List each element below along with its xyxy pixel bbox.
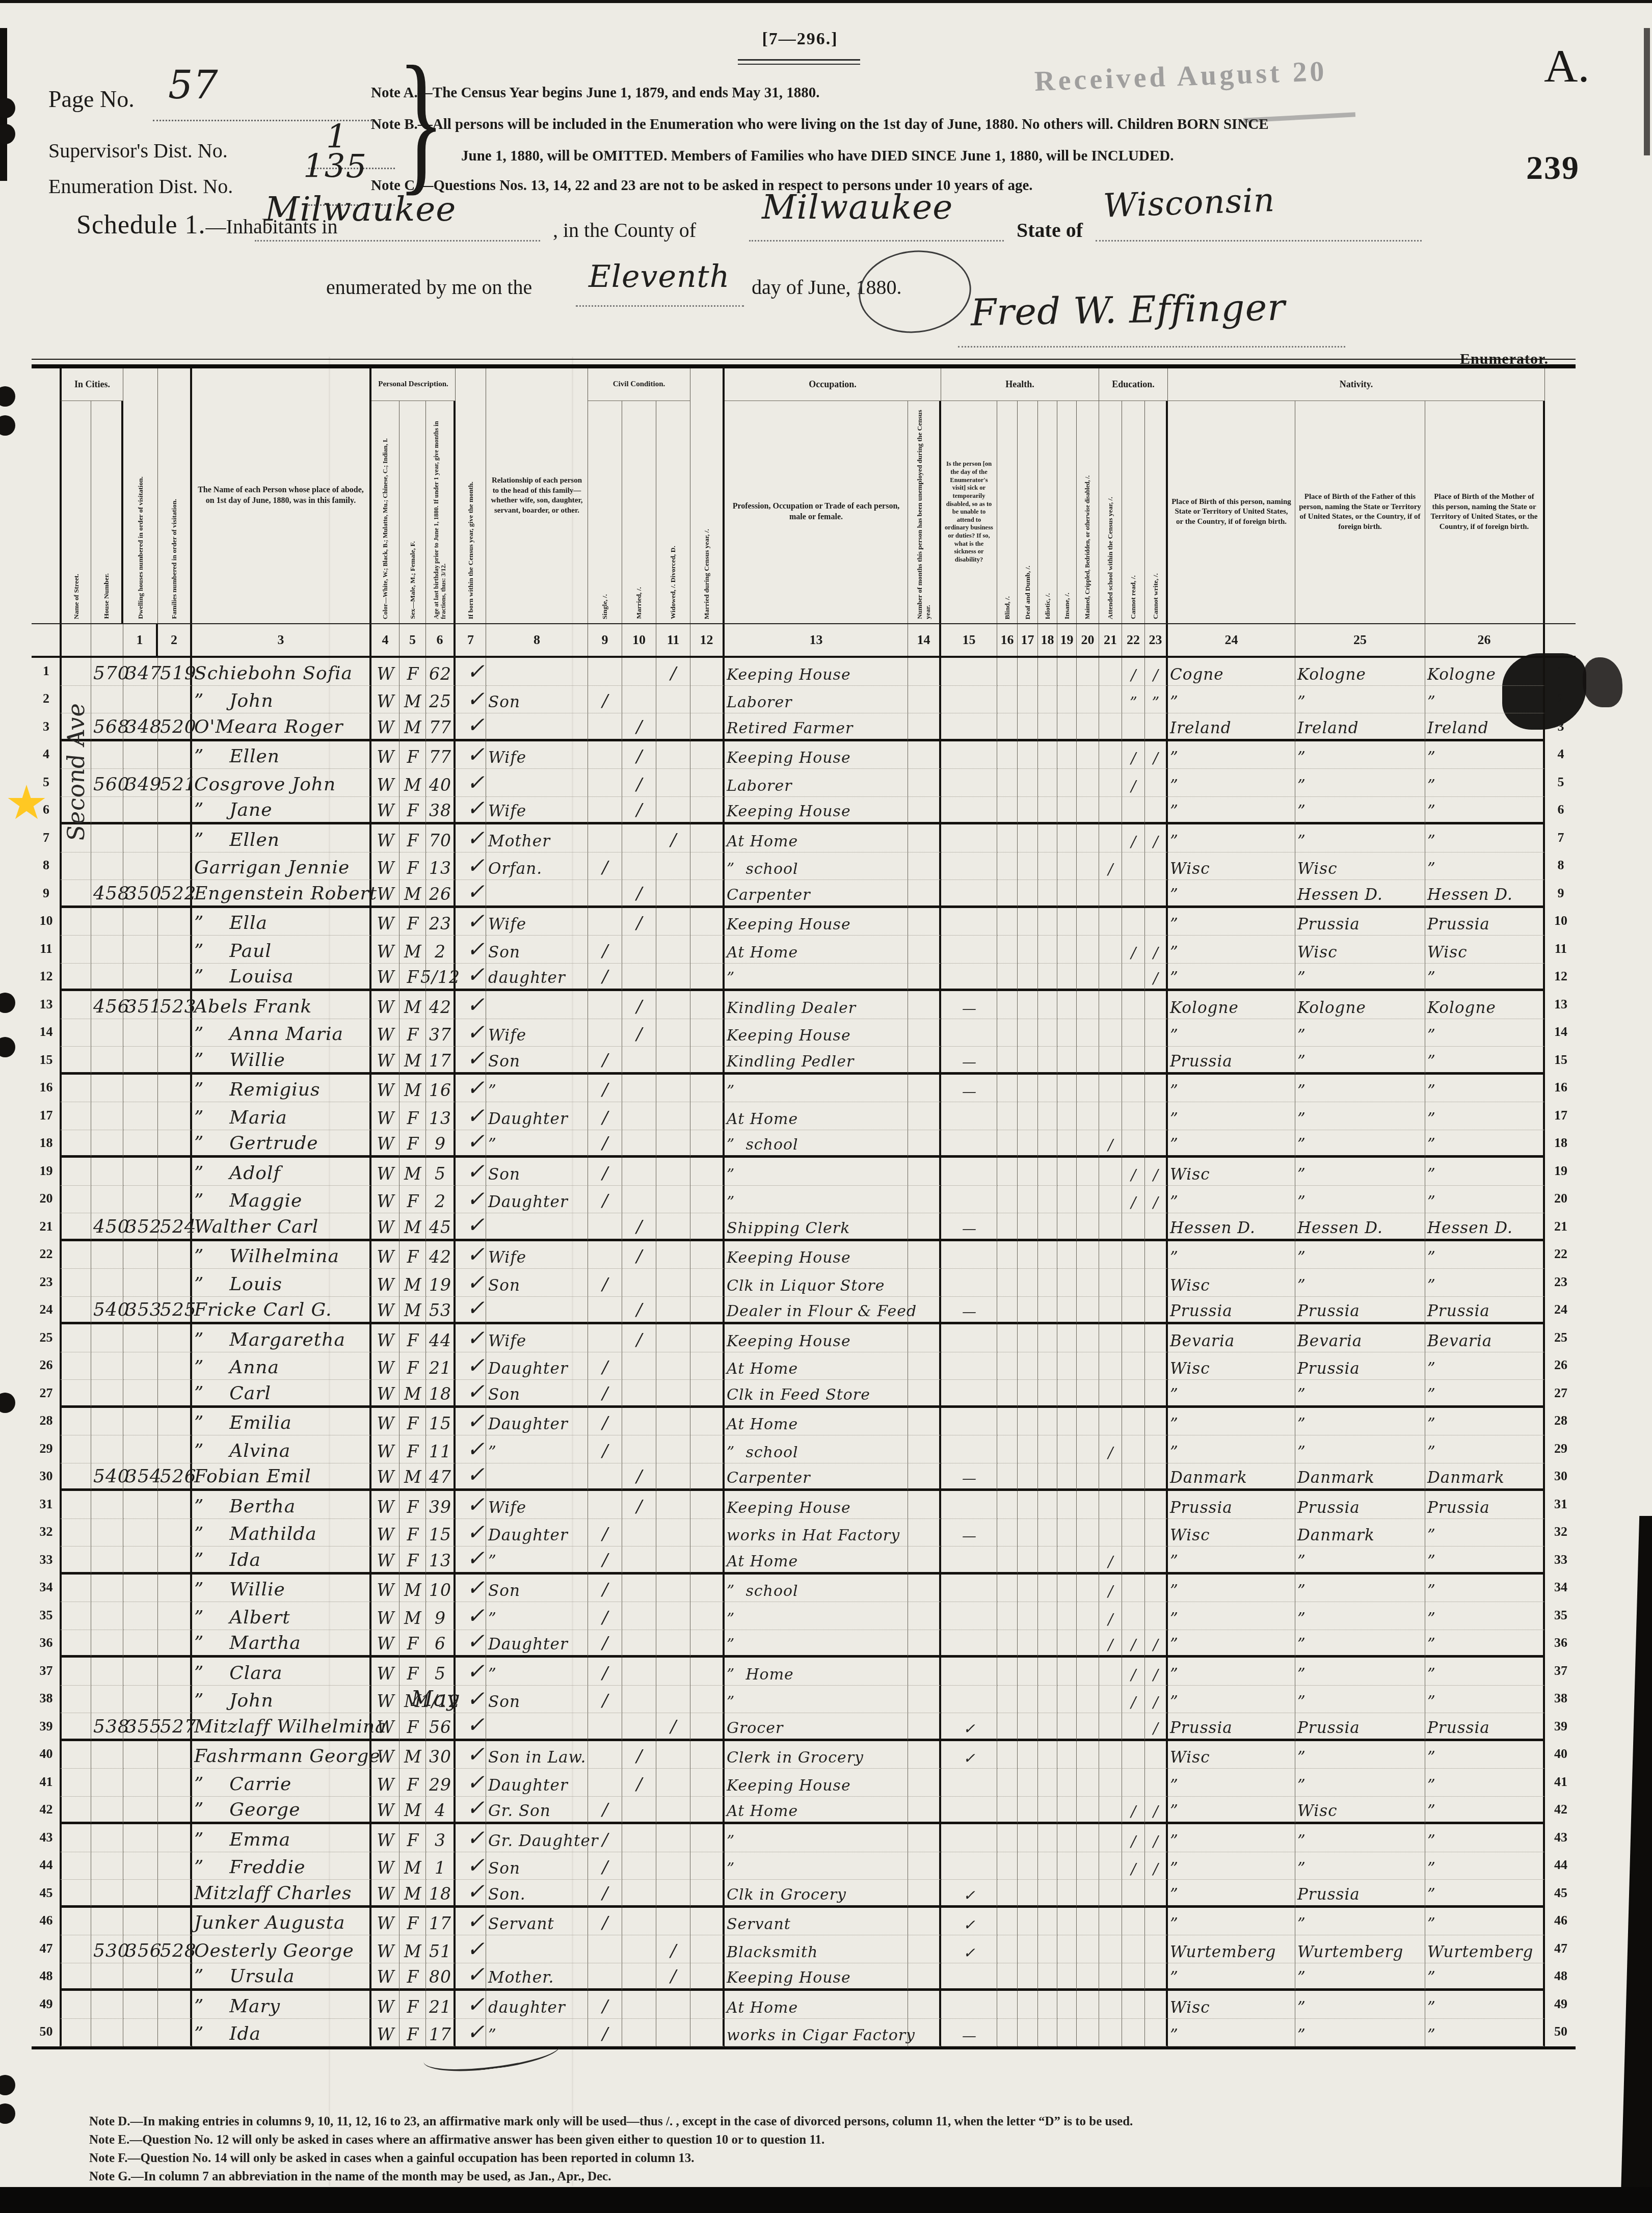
cell-sk-row36	[941, 1630, 997, 1658]
cell-mo-row26: ✓	[456, 1352, 486, 1380]
cell-nm-row16: ” Remigius	[192, 1075, 371, 1103]
cell-n19-row17	[1057, 1102, 1077, 1130]
cell-i18-row46	[1038, 1908, 1057, 1936]
cell-n-row32: 32	[32, 1519, 60, 1547]
cell-p2-row35: ”	[1295, 1602, 1425, 1630]
cell-cw-row32	[1145, 1519, 1168, 1547]
cell-my-row33	[690, 1547, 725, 1575]
cell-m10-row29	[622, 1435, 656, 1463]
cell-s9-row46: /	[588, 1908, 622, 1936]
cell-p3-row29: ”	[1425, 1435, 1545, 1463]
cell-sc-row35: /	[1099, 1602, 1122, 1630]
cell-nr-row8: 8	[1545, 852, 1576, 881]
cell-m20-row2	[1077, 686, 1099, 714]
cell-un-row50	[908, 2019, 941, 2047]
cell-st-row37	[60, 1658, 91, 1686]
cell-fm-row22	[158, 1241, 192, 1269]
cell-sc-row36: /	[1099, 1630, 1122, 1658]
cell-m10-row28	[622, 1408, 656, 1436]
cell-rl-row28: Daughter	[486, 1408, 588, 1436]
cell-rl-row33: ”	[486, 1547, 588, 1575]
cell-cr-row2: ”	[1122, 686, 1145, 714]
cell-m20-row50	[1077, 2019, 1099, 2047]
cell-fm-row34	[158, 1575, 192, 1603]
cell-mo-row46: ✓	[456, 1908, 486, 1936]
cell-p2-row16: ”	[1295, 1075, 1425, 1103]
cell-oc-row29: ” school	[725, 1435, 908, 1463]
cell-s9-row18: /	[588, 1130, 622, 1158]
cell-w11-row32	[656, 1519, 690, 1547]
cell-cr-row30	[1122, 1463, 1145, 1491]
cell-i18-row1	[1038, 658, 1057, 686]
cell-i18-row40	[1038, 1741, 1057, 1769]
cell-w11-row5	[656, 769, 690, 797]
cell-ho-row18	[91, 1130, 123, 1158]
cell-c-row28: W	[371, 1408, 399, 1436]
column-number-ho	[91, 624, 123, 656]
cell-nr-row26: 26	[1545, 1352, 1576, 1380]
cell-oc-row5: Laborer	[725, 769, 908, 797]
cell-cr-row49	[1122, 1991, 1145, 2019]
cell-dw-row17	[123, 1102, 158, 1130]
cell-d17-row3	[1018, 713, 1038, 741]
cell-p1-row33: ”	[1168, 1547, 1295, 1575]
cell-c-row22: W	[371, 1241, 399, 1269]
cell-d17-row19	[1018, 1158, 1038, 1186]
cell-mo-row43: ✓	[456, 1824, 486, 1852]
cell-b16-row20	[997, 1186, 1018, 1214]
cell-rl-row21	[486, 1213, 588, 1241]
cell-n19-row10	[1057, 908, 1077, 936]
cell-p3-row41: ”	[1425, 1769, 1545, 1797]
cell-mo-row34: ✓	[456, 1575, 486, 1603]
cell-d17-row1	[1018, 658, 1038, 686]
cell-w11-row2	[656, 686, 690, 714]
cell-rl-row31: Wife	[486, 1491, 588, 1519]
cell-oc-row34: ” school	[725, 1575, 908, 1603]
cell-n19-row47	[1057, 1935, 1077, 1963]
cell-sx-row4: F	[399, 741, 426, 769]
column-number-mo: 7	[456, 624, 486, 656]
cell-cr-row45	[1122, 1880, 1145, 1908]
cell-p1-row47: Wurtemberg	[1168, 1935, 1295, 1963]
cell-mo-row1: ✓	[456, 658, 486, 686]
cell-p3-row50: ”	[1425, 2019, 1545, 2047]
cell-m20-row17	[1077, 1102, 1099, 1130]
cell-dw-row38	[123, 1686, 158, 1714]
column-number-dw: 1	[123, 624, 158, 656]
cell-d17-row6	[1018, 797, 1038, 825]
cell-st-row26	[60, 1352, 91, 1380]
cell-mo-row23: ✓	[456, 1269, 486, 1297]
cell-cw-row14	[1145, 1019, 1168, 1047]
cell-n19-row21	[1057, 1213, 1077, 1241]
cell-sx-row8: F	[399, 852, 426, 881]
cell-m10-row44	[622, 1852, 656, 1880]
cell-oc-row25: Keeping House	[725, 1324, 908, 1352]
cell-ag-row35: 9	[426, 1602, 456, 1630]
header-col22-cannot-read: Cannot read, /.	[1122, 401, 1145, 623]
page-no-label: Page No.	[48, 86, 135, 113]
cell-p3-row5: ”	[1425, 769, 1545, 797]
header-spacer-left	[32, 368, 60, 623]
cell-i18-row23	[1038, 1269, 1057, 1297]
cell-rl-row10: Wife	[486, 908, 588, 936]
cell-cr-row10	[1122, 908, 1145, 936]
cell-m20-row11	[1077, 936, 1099, 964]
cell-c-row1: W	[371, 658, 399, 686]
cell-rl-row37: ”	[486, 1658, 588, 1686]
cell-m10-row26	[622, 1352, 656, 1380]
cell-cr-row20: /	[1122, 1186, 1145, 1214]
cell-dw-row22	[123, 1241, 158, 1269]
cell-dw-row49	[123, 1991, 158, 2019]
cell-d17-row9	[1018, 880, 1038, 908]
cell-rl-row11: Son	[486, 936, 588, 964]
cell-n-row44: 44	[32, 1852, 60, 1880]
cell-p2-row49: ”	[1295, 1991, 1425, 2019]
cell-mo-row20: ✓	[456, 1186, 486, 1214]
cell-rl-row5	[486, 769, 588, 797]
cell-p1-row17: ”	[1168, 1102, 1295, 1130]
received-stamp: Received August 20	[1034, 55, 1328, 98]
cell-oc-row14: Keeping House	[725, 1019, 908, 1047]
cell-p1-row43: ”	[1168, 1824, 1295, 1852]
cell-m10-row36	[622, 1630, 656, 1658]
cell-mo-row16: ✓	[456, 1075, 486, 1103]
cell-cw-row3	[1145, 713, 1168, 741]
state-label: State of	[1017, 218, 1083, 242]
cell-m20-row9	[1077, 880, 1099, 908]
cell-dw-row30: 354	[123, 1463, 158, 1491]
cell-nr-row41: 41	[1545, 1769, 1576, 1797]
cell-w11-row22	[656, 1241, 690, 1269]
cell-fm-row12	[158, 964, 192, 992]
cell-nr-row19: 19	[1545, 1158, 1576, 1186]
header-col19-insane: Insane, /.	[1057, 401, 1077, 623]
cell-my-row11	[690, 936, 725, 964]
cell-i18-row48	[1038, 1963, 1057, 1991]
cell-m20-row46	[1077, 1908, 1099, 1936]
cell-nm-row29: ” Alvina	[192, 1435, 371, 1463]
cell-my-row28	[690, 1408, 725, 1436]
cell-sk-row44	[941, 1852, 997, 1880]
cell-d17-row18	[1018, 1130, 1038, 1158]
cell-st-row47	[60, 1935, 91, 1963]
cell-un-row48	[908, 1963, 941, 1991]
cell-mo-row17: ✓	[456, 1102, 486, 1130]
cell-p3-row35: ”	[1425, 1602, 1545, 1630]
cell-s9-row7	[588, 824, 622, 852]
cell-p2-row32: Danmark	[1295, 1519, 1425, 1547]
cell-oc-row30: Carpenter	[725, 1463, 908, 1491]
cell-sc-row10	[1099, 908, 1122, 936]
cell-cr-row50	[1122, 2019, 1145, 2047]
cell-b16-row49	[997, 1991, 1018, 2019]
cell-my-row40	[690, 1741, 725, 1769]
cell-sc-row37	[1099, 1658, 1122, 1686]
cell-sk-row50: —	[941, 2019, 997, 2047]
cell-rl-row2: Son	[486, 686, 588, 714]
cell-m10-row42	[622, 1797, 656, 1825]
cell-sc-row50	[1099, 2019, 1122, 2047]
cell-n-row18: 18	[32, 1130, 60, 1158]
cell-sx-row1: F	[399, 658, 426, 686]
cell-un-row43	[908, 1824, 941, 1852]
cell-cw-row47	[1145, 1935, 1168, 1963]
cell-oc-row28: At Home	[725, 1408, 908, 1436]
cell-s9-row48	[588, 1963, 622, 1991]
cell-my-row8	[690, 852, 725, 881]
cell-dw-row45	[123, 1880, 158, 1908]
cell-m10-row13: /	[622, 991, 656, 1019]
cell-ag-row31: 39	[426, 1491, 456, 1519]
cell-m20-row19	[1077, 1158, 1099, 1186]
cell-fm-row2	[158, 686, 192, 714]
cell-nr-row30: 30	[1545, 1463, 1576, 1491]
cell-ag-row5: 40	[426, 769, 456, 797]
cell-p1-row29: ”	[1168, 1435, 1295, 1463]
cell-fm-row26	[158, 1352, 192, 1380]
cell-i18-row7	[1038, 824, 1057, 852]
cell-nr-row2: 2	[1545, 686, 1576, 714]
cell-dw-row39: 355	[123, 1713, 158, 1741]
cell-n19-row44	[1057, 1852, 1077, 1880]
cell-p1-row50: ”	[1168, 2019, 1295, 2047]
cell-cr-row40	[1122, 1741, 1145, 1769]
cell-my-row26	[690, 1352, 725, 1380]
cell-sc-row27	[1099, 1380, 1122, 1408]
cell-ag-row10: 23	[426, 908, 456, 936]
cell-sk-row11	[941, 936, 997, 964]
cell-cw-row21	[1145, 1213, 1168, 1241]
column-number-oc: 13	[725, 624, 908, 656]
cell-p2-row47: Wurtemberg	[1295, 1935, 1425, 1963]
cell-my-row48	[690, 1963, 725, 1991]
cell-n19-row7	[1057, 824, 1077, 852]
cell-un-row5	[908, 769, 941, 797]
cell-w11-row20	[656, 1186, 690, 1214]
cell-nr-row48: 48	[1545, 1963, 1576, 1991]
cell-nr-row21: 21	[1545, 1213, 1576, 1241]
cell-sx-row48: F	[399, 1963, 426, 1991]
cell-d17-row49	[1018, 1991, 1038, 2019]
cell-p2-row19: ”	[1295, 1158, 1425, 1186]
cell-p1-row28: ”	[1168, 1408, 1295, 1436]
cell-b16-row35	[997, 1602, 1018, 1630]
cell-d17-row45	[1018, 1880, 1038, 1908]
cell-p2-row4: ”	[1295, 741, 1425, 769]
cell-d17-row47	[1018, 1935, 1038, 1963]
cell-ho-row25	[91, 1324, 123, 1352]
cell-sc-row17	[1099, 1102, 1122, 1130]
cell-cw-row33	[1145, 1547, 1168, 1575]
cell-un-row2	[908, 686, 941, 714]
cell-i18-row43	[1038, 1824, 1057, 1852]
cell-w11-row14	[656, 1019, 690, 1047]
cell-c-row2: W	[371, 686, 399, 714]
cell-mo-row8: ✓	[456, 852, 486, 881]
cell-b16-row31	[997, 1491, 1018, 1519]
cell-c-row14: W	[371, 1019, 399, 1047]
cell-sk-row47: ✓	[941, 1935, 997, 1963]
cell-un-row22	[908, 1241, 941, 1269]
cell-b16-row26	[997, 1352, 1018, 1380]
cell-d17-row50	[1018, 2019, 1038, 2047]
cell-cr-row18	[1122, 1130, 1145, 1158]
cell-m10-row35	[622, 1602, 656, 1630]
cell-ho-row37	[91, 1658, 123, 1686]
cell-nr-row42: 42	[1545, 1797, 1576, 1825]
cell-w11-row30	[656, 1463, 690, 1491]
cell-i18-row10	[1038, 908, 1057, 936]
cell-cr-row37: /	[1122, 1658, 1145, 1686]
cell-ho-row38	[91, 1686, 123, 1714]
cell-p1-row35: ”	[1168, 1602, 1295, 1630]
cell-un-row45	[908, 1880, 941, 1908]
cell-cw-row35	[1145, 1602, 1168, 1630]
header-col18-idiotic: Idiotic, /.	[1038, 401, 1057, 623]
cell-p2-row44: ”	[1295, 1852, 1425, 1880]
cell-cw-row46	[1145, 1908, 1168, 1936]
cell-st-row18	[60, 1130, 91, 1158]
cell-nr-row37: 37	[1545, 1658, 1576, 1686]
cell-m10-row17	[622, 1102, 656, 1130]
cell-p1-row18: ”	[1168, 1130, 1295, 1158]
cell-ho-row27	[91, 1380, 123, 1408]
cell-nr-row10: 10	[1545, 908, 1576, 936]
cell-nm-row27: ” Carl	[192, 1380, 371, 1408]
cell-b16-row36	[997, 1630, 1018, 1658]
cell-i18-row31	[1038, 1491, 1057, 1519]
cell-un-row41	[908, 1769, 941, 1797]
footnote-f: Note F.—Question No. 14 will only be ask…	[89, 2151, 695, 2166]
cell-mo-row49: ✓	[456, 1991, 486, 2019]
cell-p1-row48: ”	[1168, 1963, 1295, 1991]
header-col23-cannot-write: Cannot write, /.	[1145, 401, 1168, 623]
cell-n-row27: 27	[32, 1380, 60, 1408]
cell-ag-row7: 70	[426, 824, 456, 852]
cell-m10-row40: /	[622, 1741, 656, 1769]
cell-d17-row31	[1018, 1491, 1038, 1519]
header-col10-married: Married, /.	[622, 401, 656, 623]
cell-un-row6	[908, 797, 941, 825]
cell-s9-row36: /	[588, 1630, 622, 1658]
cell-sk-row48	[941, 1963, 997, 1991]
cell-st-row40	[60, 1741, 91, 1769]
cell-sc-row30	[1099, 1463, 1122, 1491]
cell-w11-row27	[656, 1380, 690, 1408]
cell-s9-row20: /	[588, 1186, 622, 1214]
cell-n-row19: 19	[32, 1158, 60, 1186]
cell-m20-row12	[1077, 964, 1099, 992]
cell-sc-row16	[1099, 1075, 1122, 1103]
cell-nr-row22: 22	[1545, 1241, 1576, 1269]
cell-c-row6: W	[371, 797, 399, 825]
cell-un-row42	[908, 1797, 941, 1825]
cell-un-row20	[908, 1186, 941, 1214]
cell-cr-row11: /	[1122, 936, 1145, 964]
cell-st-row23	[60, 1269, 91, 1297]
header-col21-school: Attended school within the Census year, …	[1099, 401, 1122, 623]
cell-s9-row19: /	[588, 1158, 622, 1186]
cell-n-row34: 34	[32, 1575, 60, 1603]
cell-rl-row4: Wife	[486, 741, 588, 769]
cell-sc-row11	[1099, 936, 1122, 964]
cell-ho-row43	[91, 1824, 123, 1852]
cell-my-row45	[690, 1880, 725, 1908]
cell-s9-row43: /	[588, 1824, 622, 1852]
cell-nm-row8: Garrigan Jennie	[192, 852, 371, 881]
enumerated-prefix: enumerated by me on the	[326, 275, 532, 299]
cell-dw-row5: 349	[123, 769, 158, 797]
cell-sc-row21	[1099, 1213, 1122, 1241]
cell-ho-row41	[91, 1769, 123, 1797]
cell-n19-row43	[1057, 1824, 1077, 1852]
cell-rl-row42: Gr. Son	[486, 1797, 588, 1825]
cell-c-row18: W	[371, 1130, 399, 1158]
cell-nr-row9: 9	[1545, 880, 1576, 908]
cell-s9-row35: /	[588, 1602, 622, 1630]
cell-c-row21: W	[371, 1213, 399, 1241]
cell-w11-row38	[656, 1686, 690, 1714]
cell-nr-row40: 40	[1545, 1741, 1576, 1769]
cell-s9-row26: /	[588, 1352, 622, 1380]
cell-c-row43: W	[371, 1824, 399, 1852]
cell-n19-row2	[1057, 686, 1077, 714]
cell-my-row16	[690, 1075, 725, 1103]
cell-b16-row19	[997, 1158, 1018, 1186]
header-col20-maimed: Maimed, Crippled, Bedridden, or otherwis…	[1077, 401, 1099, 623]
cell-p1-row9: ”	[1168, 880, 1295, 908]
cell-d17-row46	[1018, 1908, 1038, 1936]
cell-ag-row1: 62	[426, 658, 456, 686]
cell-fm-row37	[158, 1658, 192, 1686]
cell-un-row37	[908, 1658, 941, 1686]
cell-sk-row12	[941, 964, 997, 992]
cell-m20-row5	[1077, 769, 1099, 797]
cell-c-row36: W	[371, 1630, 399, 1658]
cell-mo-row9: ✓	[456, 880, 486, 908]
cell-un-row15	[908, 1047, 941, 1075]
cell-ag-row41: 29	[426, 1769, 456, 1797]
cell-p1-row31: Prussia	[1168, 1491, 1295, 1519]
cell-sx-row33: F	[399, 1547, 426, 1575]
cell-p3-row44: ”	[1425, 1852, 1545, 1880]
cell-cr-row44: /	[1122, 1852, 1145, 1880]
cell-m20-row34	[1077, 1575, 1099, 1603]
cell-n-row21: 21	[32, 1213, 60, 1241]
cell-dw-row20	[123, 1186, 158, 1214]
cell-w11-row7: /	[656, 824, 690, 852]
cell-ho-row34	[91, 1575, 123, 1603]
cell-nr-row46: 46	[1545, 1908, 1576, 1936]
cell-nm-row7: ” Ellen	[192, 824, 371, 852]
cell-sk-row8	[941, 852, 997, 881]
table-body: 1570347519Schiebohn SofiaWF62✓/Keeping H…	[32, 658, 1576, 2049]
cell-n19-row36	[1057, 1630, 1077, 1658]
cell-ho-row10	[91, 908, 123, 936]
cell-un-row44	[908, 1852, 941, 1880]
cell-s9-row24	[588, 1297, 622, 1325]
cell-m20-row30	[1077, 1463, 1099, 1491]
cell-sx-row46: F	[399, 1908, 426, 1936]
cell-st-row33	[60, 1547, 91, 1575]
cell-ag-row25: 44	[426, 1324, 456, 1352]
cell-m20-row15	[1077, 1047, 1099, 1075]
cell-d17-row34	[1018, 1575, 1038, 1603]
cell-d17-row48	[1018, 1963, 1038, 1991]
